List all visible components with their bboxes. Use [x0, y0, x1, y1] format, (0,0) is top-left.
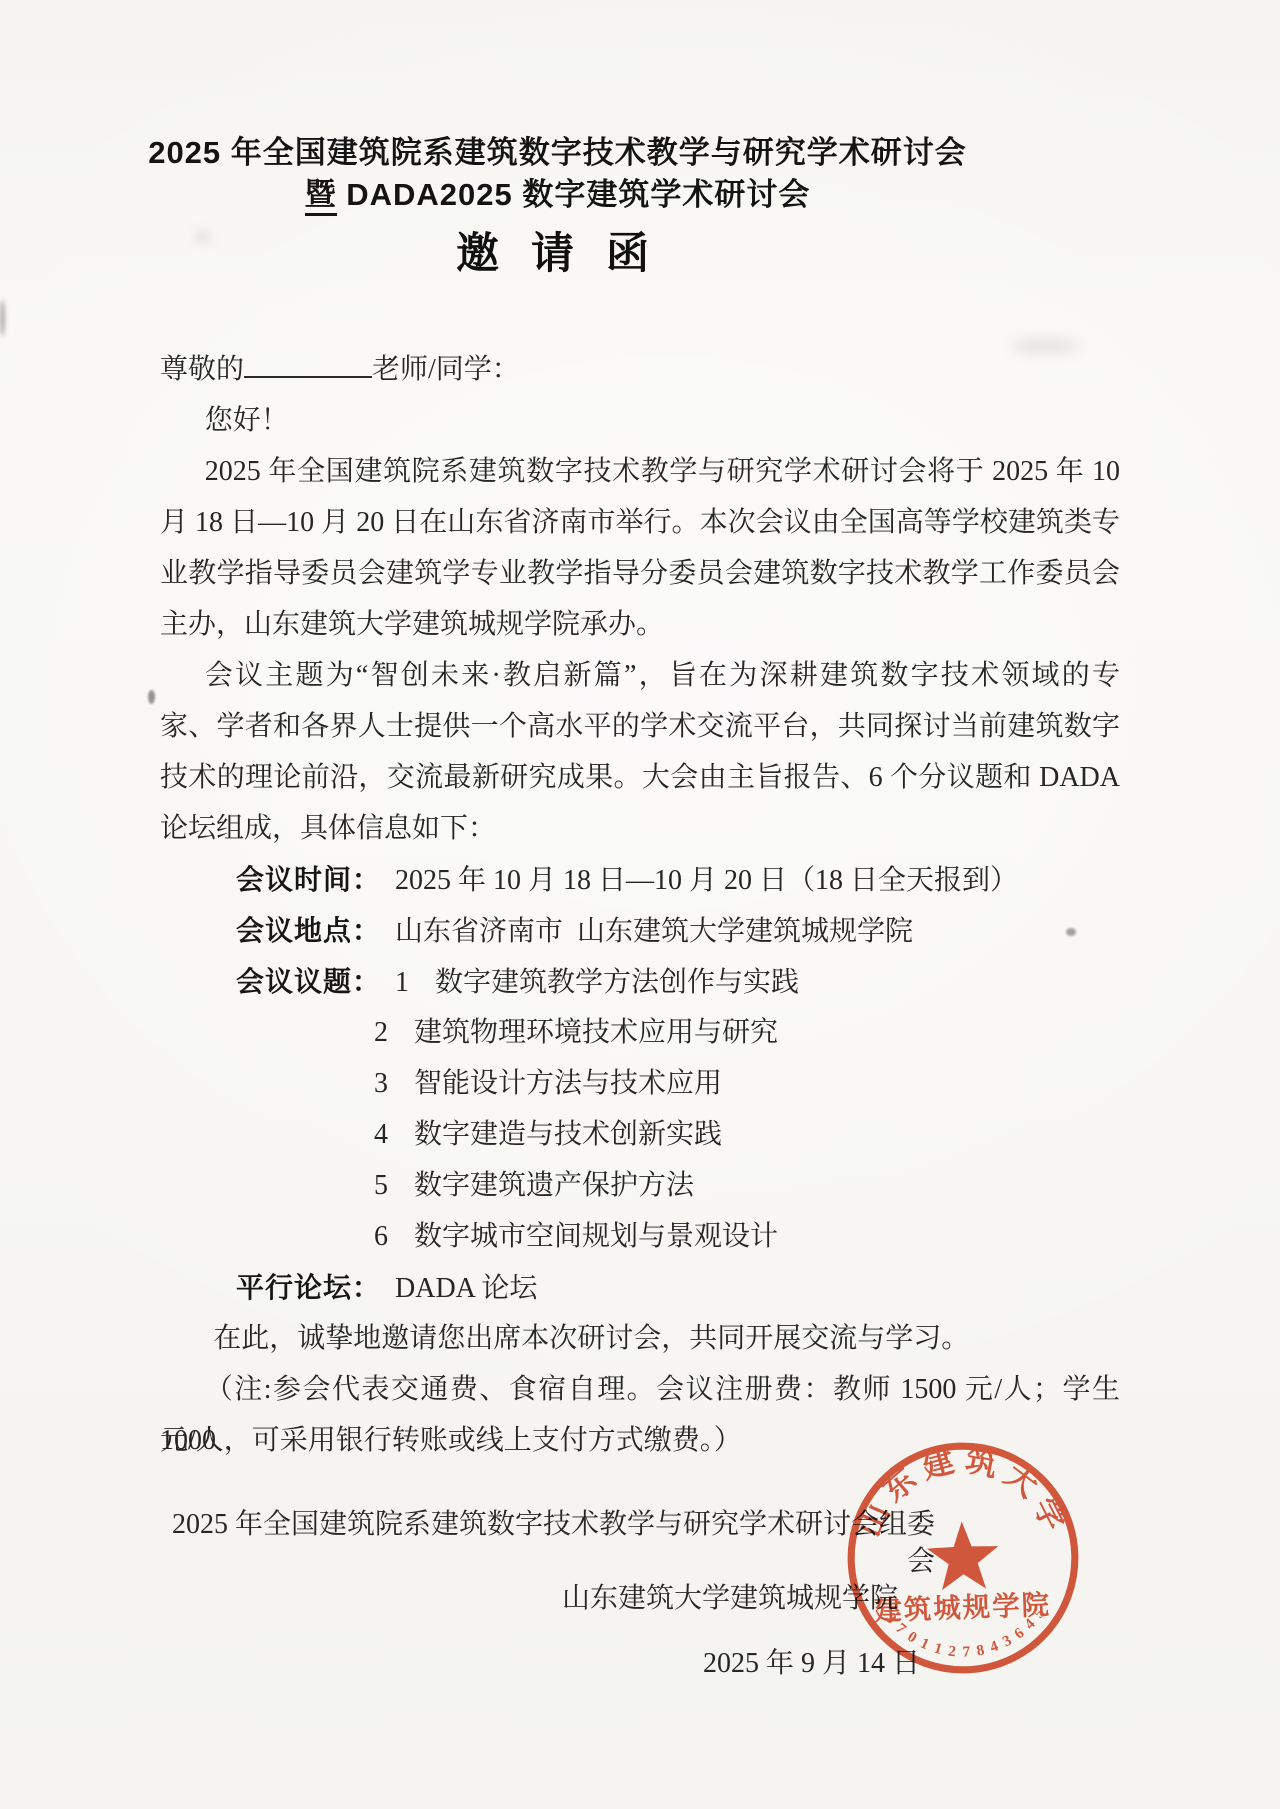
topic-1-number: 1 — [395, 957, 417, 1008]
salutation-prefix: 尊敬的 — [160, 354, 244, 385]
signature-block: 2025 年全国建筑院系建筑数字技术教学与研究学术研讨会组委会 山东建筑大学建筑… — [160, 1506, 1120, 1682]
meeting-place-value: 山东省济南市 山东建筑大学建筑城规学院 — [395, 916, 913, 947]
topic-6-line: 6数字城市空间规划与景观设计 — [160, 1211, 1120, 1262]
paragraph1-line2: 月 18 日—10 月 20 日在山东省济南市举行。本次会议由全国高等学校建筑类… — [160, 497, 1120, 548]
topic-1-text: 数字建筑教学方法创作与实践 — [435, 967, 799, 998]
letter-header: 2025 年全国建筑院系建筑数字技术教学与研究学术研讨会 暨 DADA2025 … — [0, 0, 1280, 282]
topic-4-line: 4数字建造与技术创新实践 — [160, 1109, 1120, 1160]
name-blank-underline — [244, 348, 372, 378]
topic-6-number: 6 — [374, 1211, 396, 1262]
topic-2-number: 2 — [374, 1007, 396, 1058]
letter-body: 尊敬的老师/同学： 您好！ 2025 年全国建筑院系建筑数字技术教学与研究学术研… — [0, 282, 1280, 1682]
topic-3-text: 智能设计方法与技术应用 — [414, 1068, 722, 1099]
salutation-line: 尊敬的老师/同学： — [160, 344, 1120, 395]
parallel-forum-label: 平行论坛： — [236, 1272, 381, 1303]
greeting-line: 您好！ — [160, 395, 1120, 446]
topic-5-text: 数字建筑遗产保护方法 — [414, 1170, 694, 1201]
meeting-place-label: 会议地点： — [236, 915, 381, 946]
topic-2-line: 2建筑物理环境技术应用与研究 — [160, 1007, 1120, 1058]
topic-4-text: 数字建造与技术创新实践 — [414, 1119, 722, 1150]
meeting-place-line: 会议地点：山东省济南市 山东建筑大学建筑城规学院 — [160, 905, 1120, 956]
topics-heading-line: 会议议题：1数字建筑教学方法创作与实践 — [160, 956, 1120, 1007]
note-line2: 元/人，可采用银行转账或线上支付方式缴费。） — [160, 1415, 1120, 1466]
topic-5-number: 5 — [374, 1160, 396, 1211]
topics-label: 会议议题： — [236, 966, 381, 997]
topic-5-line: 5数字建筑遗产保护方法 — [160, 1160, 1120, 1211]
paragraph2-line1: 会议主题为“智创未来·教启新篇”，旨在为深耕建筑数字技术领域的专 — [160, 650, 1120, 701]
topic-3-number: 3 — [374, 1058, 396, 1109]
invitation-sentence: 在此，诚挚地邀请您出席本次研讨会，共同开展交流与学习。 — [160, 1313, 1120, 1364]
meeting-time-value: 2025 年 10 月 18 日—10 月 20 日（18 日全天报到） — [395, 865, 1018, 896]
salutation-suffix: 老师/同学： — [372, 354, 520, 385]
meeting-time-label: 会议时间： — [236, 864, 381, 895]
parallel-forum-line: 平行论坛：DADA 论坛 — [160, 1262, 1120, 1313]
paragraph2-line2: 家、学者和各界人士提供一个高水平的学术交流平台，共同探讨当前建筑数字 — [160, 701, 1120, 752]
paragraph1-line3: 业教学指导委员会建筑学专业教学指导分委员会建筑数字技术教学工作委员会 — [160, 548, 1120, 599]
parallel-forum-value: DADA 论坛 — [395, 1273, 537, 1304]
title-underlined-char: 暨 — [305, 177, 337, 216]
paragraph2-line3: 技术的理论前沿，交流最新研究成果。大会由主旨报告、6 个分议题和 DADA — [160, 752, 1120, 803]
topic-3-line: 3智能设计方法与技术应用 — [160, 1058, 1120, 1109]
letter-heading: 邀 请 函 — [0, 226, 1115, 282]
title-line2-rest: DADA2025 数字建筑学术研讨会 — [337, 177, 811, 212]
topic-4-number: 4 — [374, 1109, 396, 1160]
conference-title-line1: 2025 年全国建筑院系建筑数字技术教学与研究学术研讨会 — [0, 132, 1115, 174]
meeting-time-line: 会议时间：2025 年 10 月 18 日—10 月 20 日（18 日全天报到… — [160, 854, 1120, 905]
topic-2-text: 建筑物理环境技术应用与研究 — [414, 1017, 778, 1048]
topic-6-text: 数字城市空间规划与景观设计 — [414, 1221, 778, 1252]
invitation-letter-page: 2025 年全国建筑院系建筑数字技术教学与研究学术研讨会 暨 DADA2025 … — [0, 0, 1280, 1809]
conference-title-line2: 暨 DADA2025 数字建筑学术研讨会 — [0, 174, 1115, 216]
note-line1: （注:参会代表交通费、食宿自理。会议注册费：教师 1500 元/人；学生 100… — [160, 1364, 1120, 1415]
signature-committee: 2025 年全国建筑院系建筑数字技术教学与研究学术研讨会组委会 — [160, 1506, 935, 1580]
signature-college: 山东建筑大学建筑城规学院 — [160, 1580, 898, 1617]
paragraph2-line4: 论坛组成，具体信息如下： — [160, 803, 1120, 854]
signature-date: 2025 年 9 月 14 日 — [160, 1646, 920, 1682]
paragraph1-line1: 2025 年全国建筑院系建筑数字技术教学与研究学术研讨会将于 2025 年 10 — [160, 446, 1120, 497]
paragraph1-line4: 主办，山东建筑大学建筑城规学院承办。 — [160, 599, 1120, 650]
